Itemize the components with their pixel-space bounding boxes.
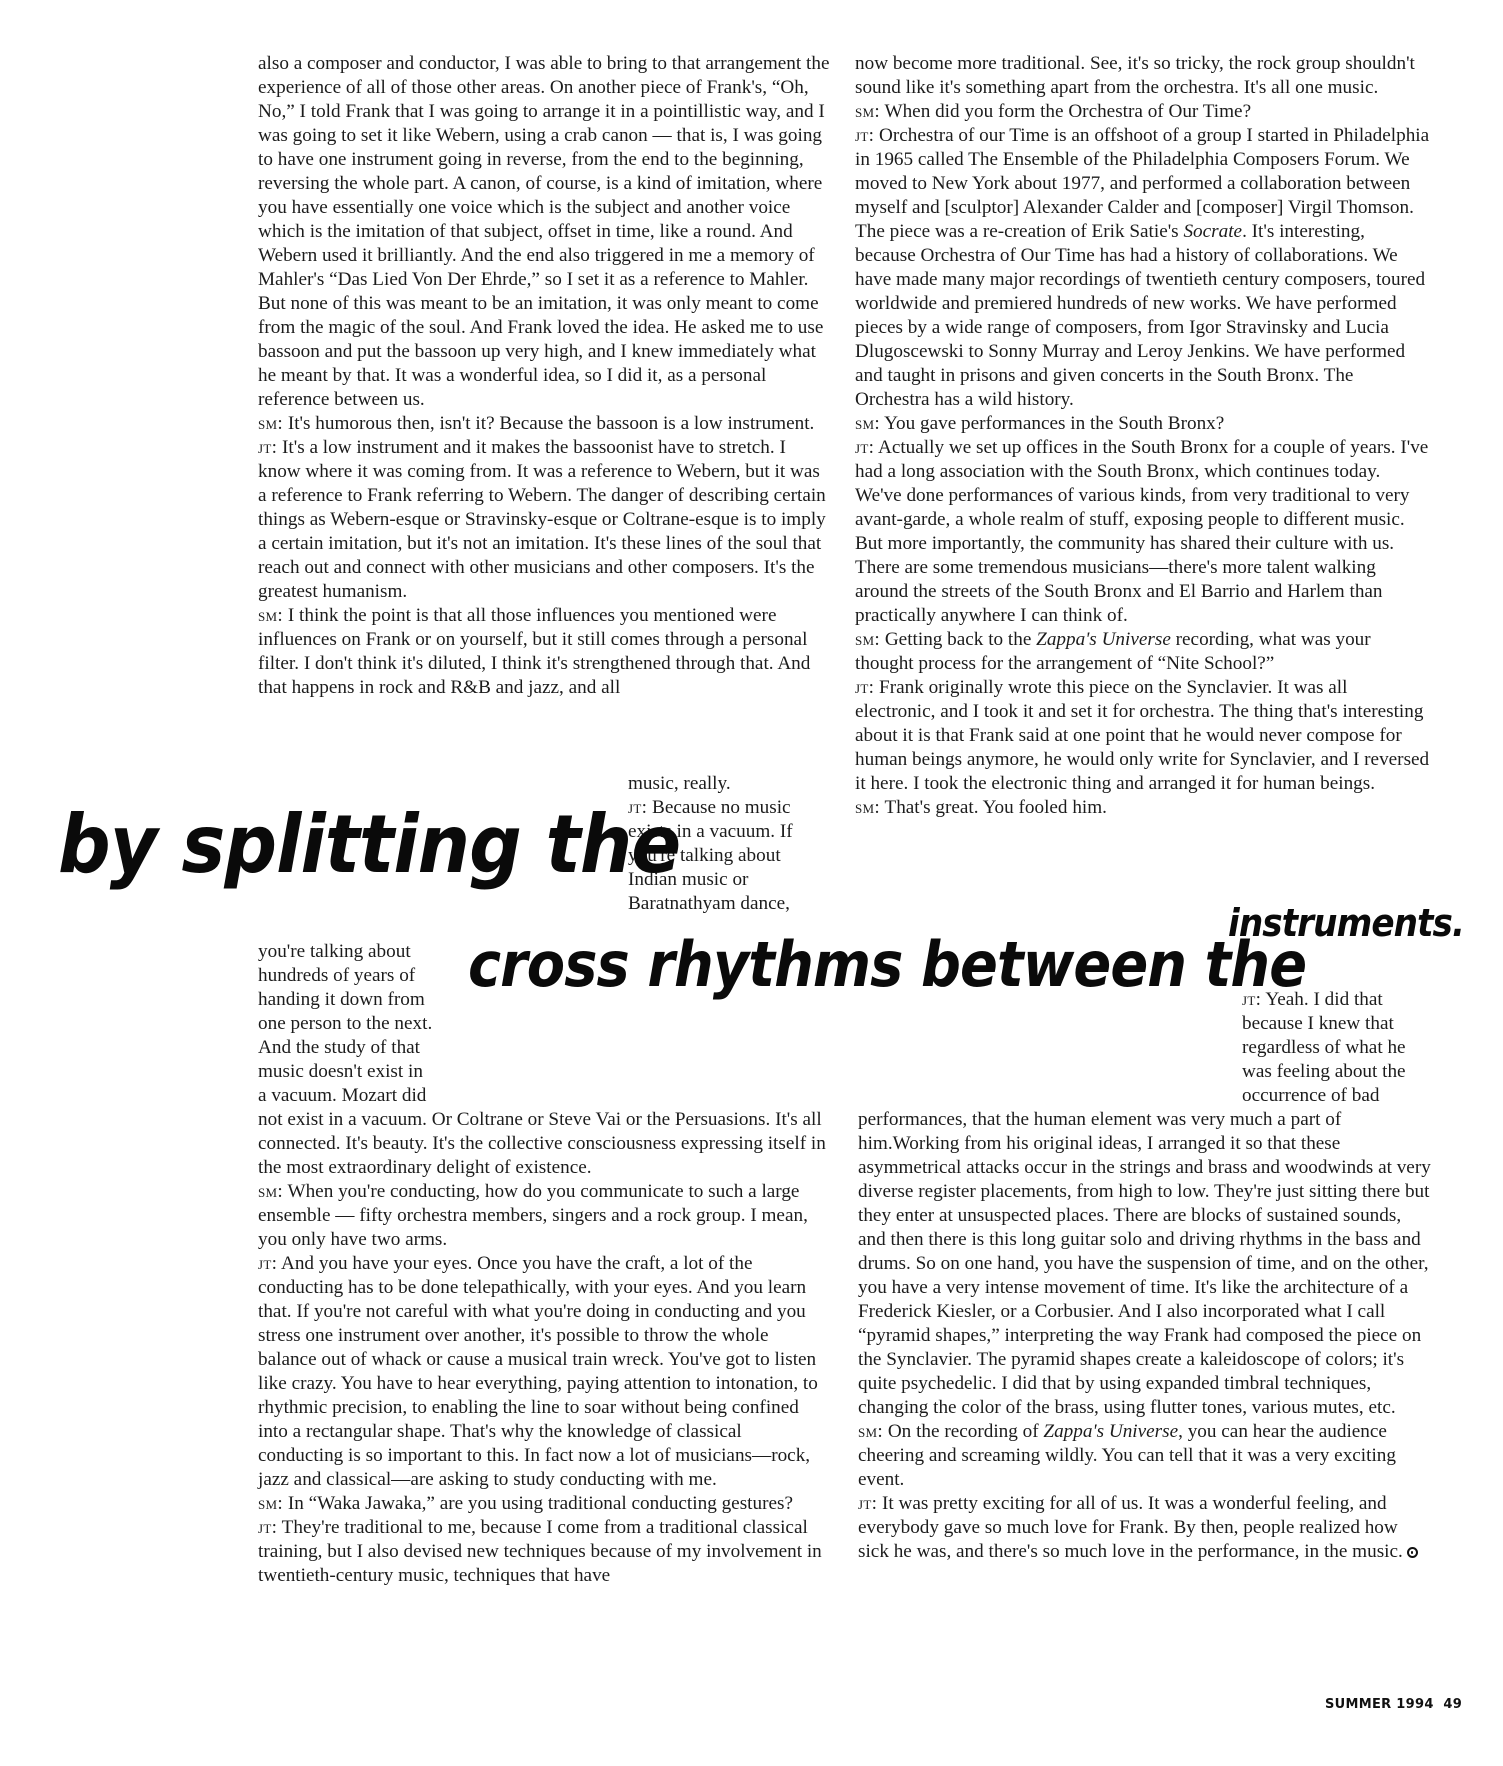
text-line: handing it down from [258, 988, 468, 1012]
page-footer: SUMMER 1994 49 [1325, 1697, 1462, 1712]
text-line: occurrence of bad [1242, 1084, 1442, 1108]
interview-paragraph: performances, that the human element was… [858, 1108, 1433, 1420]
end-mark-icon [1407, 1547, 1418, 1558]
text-line: And the study of that [258, 1036, 468, 1060]
speaker-label: JT: [858, 1493, 877, 1514]
interview-paragraph: SM: It's humorous then, isn't it? Becaus… [258, 412, 830, 436]
speaker-label: SM: [258, 605, 283, 626]
text-line: a vacuum. Mozart did [258, 1084, 468, 1108]
speaker-label: JT: [855, 677, 874, 698]
interview-paragraph: SM: I think the point is that all those … [258, 604, 830, 700]
text-line: because I knew that [1242, 1012, 1442, 1036]
speaker-label: JT: [258, 437, 277, 458]
pull-quote-line-2: cross rhythms between the [468, 925, 1306, 1005]
speaker-label: SM: [258, 1493, 283, 1514]
interview-paragraph: JT: It's a low instrument and it makes t… [258, 436, 830, 604]
interview-paragraph: SM: When did you form the Orchestra of O… [855, 100, 1430, 124]
text-line: Baratnathyam dance, [628, 892, 838, 916]
interview-paragraph: JT: Frank originally wrote this piece on… [855, 676, 1430, 796]
text-line: was feeling about the [1242, 1060, 1442, 1084]
title-italic: Socrate [1183, 221, 1242, 242]
interview-paragraph: JT: Actually we set up offices in the So… [855, 436, 1430, 628]
left-column-top: also a composer and conductor, I was abl… [258, 52, 830, 700]
speaker-label: SM: [855, 797, 880, 818]
speaker-label: SM: [855, 101, 880, 122]
title-italic: Zappa's Universe [1036, 629, 1171, 650]
speaker-label: SM: [258, 413, 283, 434]
text-line: you're talking about [258, 940, 468, 964]
pull-quote-line-3: instruments. [1228, 898, 1464, 948]
interview-paragraph: SM: That's great. You fooled him. [855, 796, 1430, 820]
interview-paragraph: SM: When you're conducting, how do you c… [258, 1180, 830, 1252]
speaker-label: SM: [855, 629, 880, 650]
text-line: one person to the next. [258, 1012, 468, 1036]
left-column-bottom: not exist in a vacuum. Or Coltrane or St… [258, 1108, 830, 1588]
text-line: music, really. [628, 772, 838, 796]
interview-paragraph: not exist in a vacuum. Or Coltrane or St… [258, 1108, 830, 1180]
right-narrow: JT: Yeah. I did thatbecause I knew thatr… [1242, 988, 1442, 1108]
interview-paragraph: also a composer and conductor, I was abl… [258, 52, 830, 412]
title-italic: Zappa's Universe [1043, 1421, 1178, 1442]
speaker-label: JT: [258, 1253, 277, 1274]
speaker-label: SM: [855, 413, 880, 434]
text-line: hundreds of years of [258, 964, 468, 988]
pull-quote-line-1: by splitting the [58, 800, 680, 890]
interview-paragraph: now become more traditional. See, it's s… [855, 52, 1430, 100]
interview-paragraph: SM: You gave performances in the South B… [855, 412, 1430, 436]
text-line: regardless of what he [1242, 1036, 1442, 1060]
interview-paragraph: JT: It was pretty exciting for all of us… [858, 1492, 1433, 1564]
interview-paragraph: SM: In “Waka Jawaka,” are you using trad… [258, 1492, 830, 1516]
left-narrow-bottom: you're talking abouthundreds of years of… [258, 940, 468, 1108]
interview-paragraph: JT: Orchestra of our Time is an offshoot… [855, 124, 1430, 412]
right-column-top: now become more traditional. See, it's s… [855, 52, 1430, 820]
issue-label: SUMMER 1994 [1325, 1697, 1434, 1712]
speaker-label: SM: [858, 1421, 883, 1442]
page-number: 49 [1443, 1697, 1462, 1712]
interview-paragraph: SM: Getting back to the Zappa's Universe… [855, 628, 1430, 676]
speaker-label: JT: [855, 437, 874, 458]
speaker-label: SM: [258, 1181, 283, 1202]
interview-paragraph: JT: They're traditional to me, because I… [258, 1516, 830, 1588]
text-line: JT: Yeah. I did that [1242, 988, 1442, 1012]
interview-paragraph: JT: And you have your eyes. Once you hav… [258, 1252, 830, 1492]
text-line: music doesn't exist in [258, 1060, 468, 1084]
speaker-label: JT: [1242, 989, 1261, 1010]
speaker-label: JT: [258, 1517, 277, 1538]
interview-paragraph: SM: On the recording of Zappa's Universe… [858, 1420, 1433, 1492]
speaker-label: JT: [855, 125, 874, 146]
right-column-bottom: performances, that the human element was… [858, 1108, 1433, 1564]
